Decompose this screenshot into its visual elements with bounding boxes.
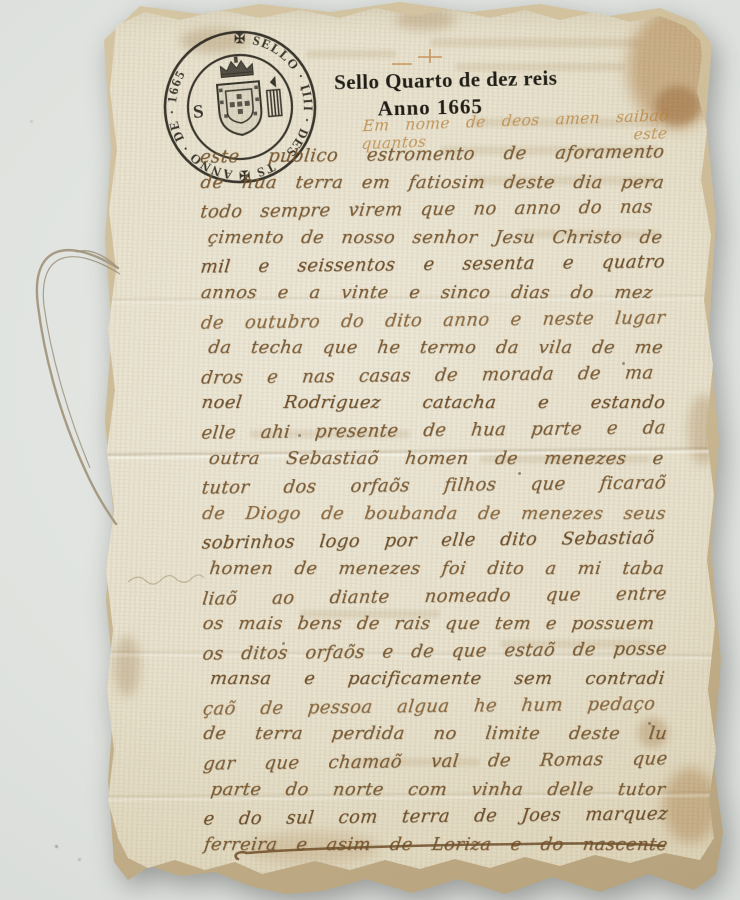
manuscript-line: homen de menezes foi dito a mi taba <box>208 555 666 583</box>
manuscript-line: de Diogo de boubanda de menezes seus <box>201 500 668 528</box>
manuscript-line: ferreira e asim de Loriza e do nascente <box>202 831 669 859</box>
manuscript-line: de outubro do dito anno e neste lugar <box>199 304 666 337</box>
stamp-heading-line1: Sello Quarto de dez reis <box>300 65 591 96</box>
manuscript-line: de terra perdida no limite deste lu <box>202 720 669 748</box>
manuscript-line: annos e a vinte e sinco dias do mez <box>199 279 654 307</box>
castle-tower-mark <box>266 78 282 117</box>
manuscript-line: dros e nas casas de morada de ma <box>200 359 655 392</box>
manuscript-line: e do sul com terra de Joes marquez <box>202 801 669 834</box>
manuscript-line: parte do norte com vinha delle tutor <box>209 776 667 804</box>
manuscript-line: gar que chamaõ val de Romas que <box>202 745 669 778</box>
manuscript-line: todo sempre virem que no anno do nas <box>199 194 654 227</box>
manuscript-line: da techa que he termo da vila de me <box>207 334 665 362</box>
manuscript-line: os mais bens de rais que tem e possuem <box>201 610 656 638</box>
seal-letter-s: S <box>192 101 204 123</box>
manuscript-line: sobrinhos logo por elle dito Sebastiaõ <box>201 525 656 558</box>
manuscript-line: mansa e pacificamente sem contradi <box>208 665 666 693</box>
stain <box>114 636 140 696</box>
manuscript-line: çaõ de pessoa algua he hum pedaço <box>201 690 656 723</box>
manuscript-line: noel Rodriguez catacha e estando <box>200 389 667 417</box>
photograph-background: ✠ SELLO · IIII · DES · TS ✠ ANNO · DE · … <box>0 0 740 900</box>
coat-of-arms-shield <box>217 81 263 136</box>
manuscript-line: elle ahi presente de hua parte e da <box>200 414 667 447</box>
crown-icon <box>220 56 254 78</box>
manuscript-line: liaõ ao diante nomeado que entre <box>201 580 668 613</box>
document-sheet-stack: ✠ SELLO · IIII · DES · TS ✠ ANNO · DE · … <box>0 0 740 900</box>
manuscript-line: este publico estromento de aforamento <box>198 138 665 171</box>
manuscript-line: çimento de nosso senhor Jesu Christo de <box>206 224 664 252</box>
manuscript-line: os ditos orfaõs e de que estaõ de posse <box>201 635 668 668</box>
manuscript-line: outra Sebastiaõ homen de menezes e <box>207 445 665 473</box>
manuscript-line: tutor dos orfaõs filhos que ficaraõ <box>200 469 667 502</box>
manuscript-line: de hua terra em fatiosim deste dia pera <box>199 169 666 197</box>
ink-bleedthrough <box>430 38 640 47</box>
manuscript-line: mil e seissentos e sesenta e quatro <box>199 249 666 282</box>
manuscript-lines: este publico estromento de aforamentode … <box>200 140 670 860</box>
